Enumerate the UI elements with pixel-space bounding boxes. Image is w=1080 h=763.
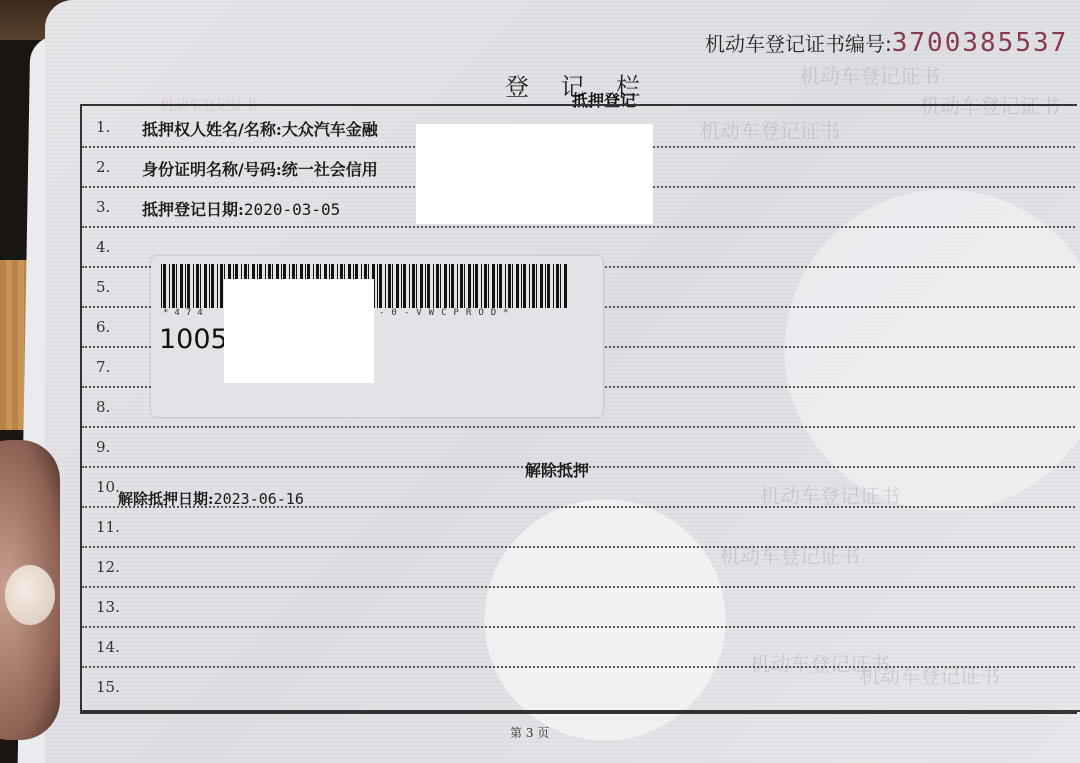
release-date-value: 2023-06-16 [214, 490, 304, 508]
release-date-label: 解除抵押日期: [118, 490, 214, 508]
release-title: 解除抵押 [525, 458, 589, 481]
row-text: 身份证明名称/号码:统一社会信用 [142, 157, 378, 180]
row-number: 5. [96, 278, 110, 296]
row-number: 10. [96, 478, 120, 496]
redaction-box [224, 279, 374, 383]
certificate-number-label: 机动车登记证书编号: [705, 32, 892, 56]
table-row: 15. [82, 666, 1075, 706]
row-text: 抵押登记日期:2020-03-05 [142, 197, 340, 220]
row-number: 1. [96, 118, 110, 136]
row-label: 抵押权人姓名/名称: [142, 120, 282, 139]
row-number: 12. [96, 558, 120, 576]
table-row: 13. [82, 586, 1075, 628]
row-value: 2020-03-05 [244, 200, 340, 219]
table-row: 11. [82, 506, 1075, 548]
row-label: 身份证明名称/号码: [142, 160, 282, 179]
certificate-number-value: 3700385537 [892, 28, 1069, 58]
row-number: 14. [96, 638, 120, 656]
redaction-box [416, 124, 653, 224]
barcode-text-right: -0-VWCPROD* [379, 308, 516, 318]
row-number: 4. [96, 238, 110, 256]
row-number: 6. [96, 318, 110, 336]
row-text: 抵押权人姓名/名称:大众汽车金融 [142, 117, 378, 140]
page-bottom-rule [80, 710, 1080, 712]
barcode-sticker: *474 -0-VWCPROD* 1005 [151, 256, 603, 417]
table-row: 14. [82, 626, 1075, 668]
row-number: 13. [96, 598, 120, 616]
row-number: 11. [96, 518, 120, 536]
row-label: 抵押登记日期: [142, 200, 244, 219]
row-number: 15. [96, 678, 120, 696]
row-number: 8. [96, 398, 110, 416]
table-row: 12. [82, 546, 1075, 588]
watermark: 机动车登记证书 [800, 60, 940, 89]
row-number: 2. [96, 158, 110, 176]
fingernail [5, 565, 55, 625]
row-number: 7. [96, 358, 110, 376]
row-value: 大众汽车金融 [282, 120, 378, 139]
row-value: 统一社会信用 [282, 160, 378, 179]
page-number: 第 3 页 [510, 724, 549, 741]
barcode-text-left: *474 [163, 308, 209, 318]
certificate-number: 机动车登记证书编号:3700385537 [705, 28, 1068, 58]
sticker-code: 1005 [159, 324, 228, 355]
release-date: 解除抵押日期:2023-06-16 [118, 488, 304, 509]
row-number: 9. [96, 438, 110, 456]
row-number: 3. [96, 198, 110, 216]
